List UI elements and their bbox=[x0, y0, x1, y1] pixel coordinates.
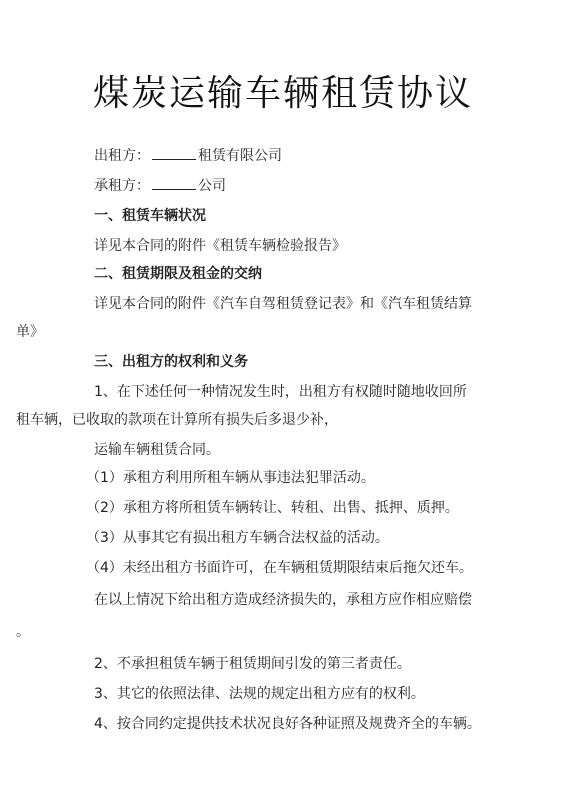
item1-line3: 运输车辆租赁合同。 bbox=[94, 440, 220, 460]
item4: 4、按合同约定提供技术状况良好各种证照及规费齐全的车辆。 bbox=[94, 714, 481, 734]
sub-item-1: （1）承租方利用所租车辆从事违法犯罪活动。 bbox=[86, 468, 375, 488]
section1-body: 详见本合同的附件《租赁车辆检验报告》 bbox=[94, 236, 346, 256]
lessor-blank bbox=[152, 146, 196, 160]
section1-heading: 一、租赁车辆状况 bbox=[94, 206, 206, 226]
section2-heading: 二、租赁期限及租金的交纳 bbox=[94, 264, 262, 284]
lessor-line: 出租方：租赁有限公司 bbox=[94, 146, 282, 166]
item1-line1: 1、在下述任何一种情况发生时，出租方有权随时随地收回所 bbox=[94, 382, 467, 402]
lessee-blank bbox=[152, 176, 196, 190]
section2-body-line2: 单》 bbox=[16, 322, 44, 342]
lessor-label: 出租方： bbox=[94, 148, 150, 164]
lessee-suffix: 公司 bbox=[198, 178, 226, 194]
sub-item-4: （4）未经出租方书面许可，在车辆租赁期限结束后拖欠还车。 bbox=[86, 558, 473, 578]
sub-item-3: （3）从事其它有损出租方车辆合法权益的活动。 bbox=[86, 528, 389, 548]
item1-line2: 租车辆，已收取的款项在计算所有损失后多退少补， bbox=[16, 410, 338, 430]
lessee-line: 承租方：公司 bbox=[94, 176, 226, 196]
document-page: 煤炭运输车辆租赁协议 出租方：租赁有限公司 承租方：公司 一、租赁车辆状况 详见… bbox=[0, 0, 566, 800]
compensation-line1: 在以上情况下给出租方造成经济损失的，承租方应作相应赔偿 bbox=[94, 590, 472, 610]
document-title: 煤炭运输车辆租赁协议 bbox=[0, 72, 566, 116]
compensation-line2: 。 bbox=[16, 622, 30, 642]
sub-item-2: （2）承租方将所租赁车辆转让、转租、出售、抵押、质押。 bbox=[86, 498, 459, 518]
section2-body-line1: 详见本合同的附件《汽车自驾租赁登记表》和《汽车租赁结算 bbox=[94, 294, 472, 314]
item2: 2、不承担租赁车辆于租赁期间引发的第三者责任。 bbox=[94, 654, 411, 674]
item3: 3、其它的依照法律、法规的规定出租方应有的权利。 bbox=[94, 684, 425, 704]
lessee-label: 承租方： bbox=[94, 178, 150, 194]
lessor-suffix: 租赁有限公司 bbox=[198, 148, 282, 164]
section3-heading: 三、出租方的权利和义务 bbox=[94, 352, 248, 372]
